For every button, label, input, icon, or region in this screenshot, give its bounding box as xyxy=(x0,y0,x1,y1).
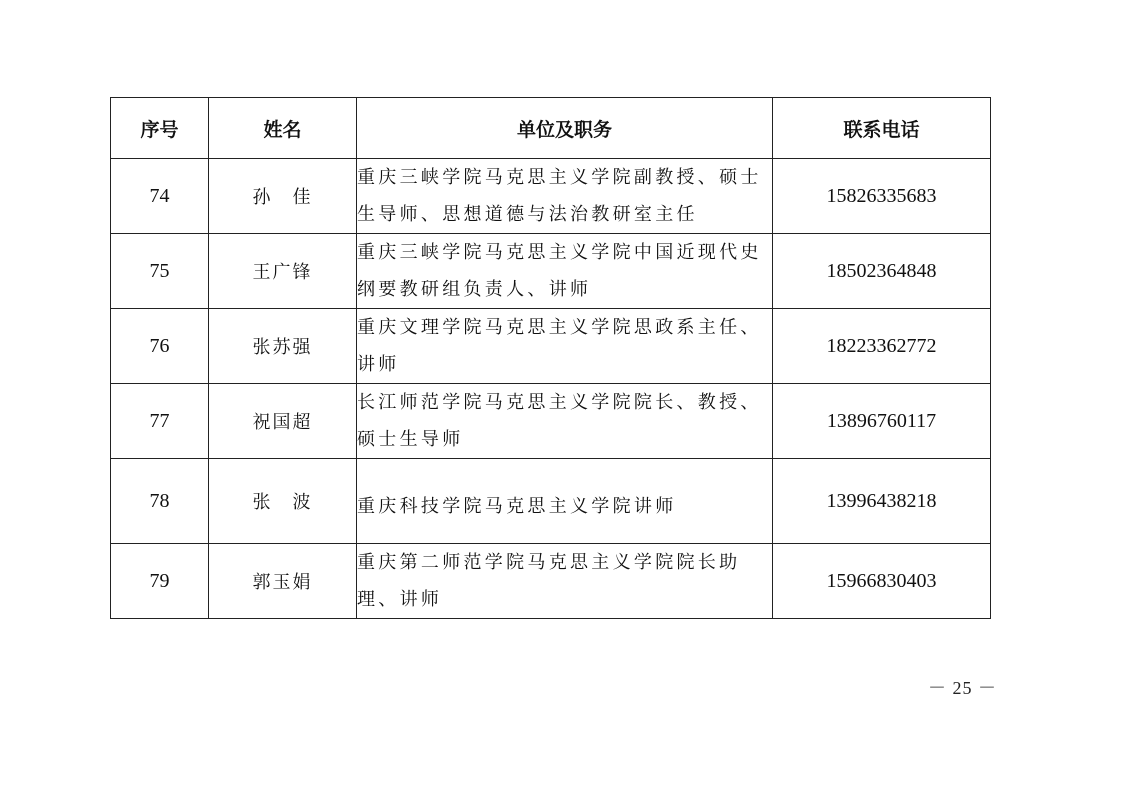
row-name: 祝国超 xyxy=(209,384,357,459)
row-name: 张苏强 xyxy=(209,309,357,384)
row-phone: 18223362772 xyxy=(773,309,991,384)
header-index: 序号 xyxy=(111,98,209,159)
table-row: 78 张 波 重庆科技学院马克思主义学院讲师 13996438218 xyxy=(111,459,991,544)
row-unit: 重庆三峡学院马克思主义学院中国近现代史纲要教研组负责人、讲师 xyxy=(357,234,773,309)
header-name: 姓名 xyxy=(209,98,357,159)
row-index: 77 xyxy=(111,384,209,459)
row-unit: 长江师范学院马克思主义学院院长、教授、硕士生导师 xyxy=(357,384,773,459)
row-index: 78 xyxy=(111,459,209,544)
row-name: 张 波 xyxy=(209,459,357,544)
row-unit: 重庆第二师范学院马克思主义学院院长助理、讲师 xyxy=(357,544,773,619)
row-index: 76 xyxy=(111,309,209,384)
table-row: 79 郭玉娟 重庆第二师范学院马克思主义学院院长助理、讲师 1596683040… xyxy=(111,544,991,619)
row-index: 74 xyxy=(111,159,209,234)
table-row: 74 孙 佳 重庆三峡学院马克思主义学院副教授、硕士生导师、思想道德与法治教研室… xyxy=(111,159,991,234)
row-index: 79 xyxy=(111,544,209,619)
table-row: 77 祝国超 长江师范学院马克思主义学院院长、教授、硕士生导师 13896760… xyxy=(111,384,991,459)
row-phone: 18502364848 xyxy=(773,234,991,309)
row-phone: 13896760117 xyxy=(773,384,991,459)
roster-table: 序号 姓名 单位及职务 联系电话 74 孙 佳 重庆三峡学院马克思主义学院副教授… xyxy=(110,97,991,619)
table-row: 76 张苏强 重庆文理学院马克思主义学院思政系主任、讲师 18223362772 xyxy=(111,309,991,384)
header-unit: 单位及职务 xyxy=(357,98,773,159)
page-number: － 25 － xyxy=(928,674,997,700)
row-index: 75 xyxy=(111,234,209,309)
row-phone: 13996438218 xyxy=(773,459,991,544)
table-row: 75 王广锋 重庆三峡学院马克思主义学院中国近现代史纲要教研组负责人、讲师 18… xyxy=(111,234,991,309)
table-header-row: 序号 姓名 单位及职务 联系电话 xyxy=(111,98,991,159)
row-unit: 重庆文理学院马克思主义学院思政系主任、讲师 xyxy=(357,309,773,384)
row-unit: 重庆三峡学院马克思主义学院副教授、硕士生导师、思想道德与法治教研室主任 xyxy=(357,159,773,234)
header-phone: 联系电话 xyxy=(773,98,991,159)
row-unit: 重庆科技学院马克思主义学院讲师 xyxy=(357,459,773,544)
row-phone: 15966830403 xyxy=(773,544,991,619)
row-name: 孙 佳 xyxy=(209,159,357,234)
row-phone: 15826335683 xyxy=(773,159,991,234)
row-name: 郭玉娟 xyxy=(209,544,357,619)
row-name: 王广锋 xyxy=(209,234,357,309)
